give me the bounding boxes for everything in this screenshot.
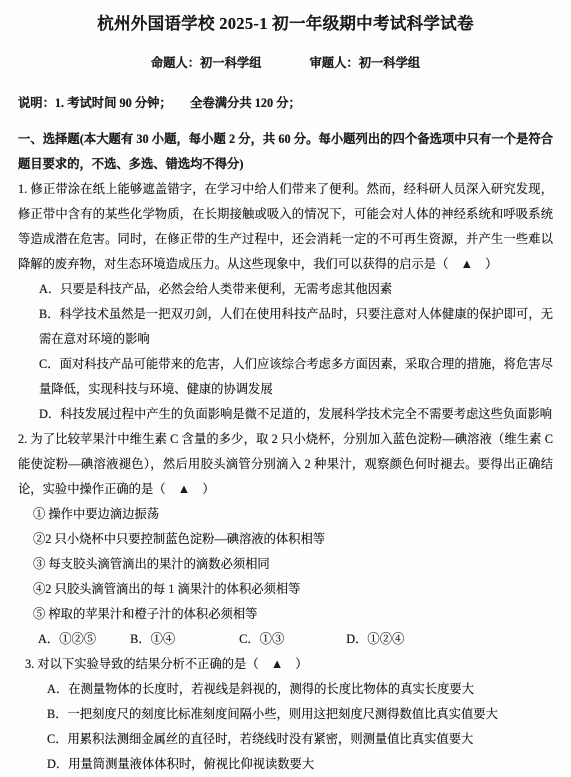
question-3-option-c: C．用累积法测细金属丝的直径时，若绕线时没有紧密，则测量值比真实值要大 xyxy=(47,727,553,752)
question-1-option-b: B．科学技术虽然是一把双刃剑，人们在使用科技产品时，只要注意对人体健康的保护即可… xyxy=(39,302,553,352)
question-3-option-d: D．用量筒测量液体体积时，俯视比仰视读数要大 xyxy=(47,752,553,777)
section-one-heading: 一、选择题(本大题有 30 小题，每小题 2 分，共 60 分。每小题列出的四个… xyxy=(18,127,553,177)
option-letter: B． xyxy=(39,307,60,321)
question-2: 2. 为了比较苹果汁中维生素 C 含量的多少，取 2 只小烧杯，分别加入蓝色淀粉… xyxy=(18,427,553,652)
option-letter: D． xyxy=(346,632,367,646)
question-2-statement-2: ②2 只小烧杯中只要控制蓝色淀粉—碘溶液的体积相等 xyxy=(33,527,553,552)
option-letter: C． xyxy=(239,632,260,646)
exam-authors-row: 命题人：初一科学组 审题人：初一科学组 xyxy=(18,51,553,76)
question-3-option-b: B．一把刻度尺的刻度比标准刻度间隔小些，则用这把刻度尺测得数值比真实值要大 xyxy=(47,702,553,727)
question-2-statement-4: ④2 只胶头滴管滴出的每 1 滴果汁的体积必须相等 xyxy=(33,577,553,602)
question-2-option-c: C．①③ xyxy=(239,627,343,652)
option-letter: D． xyxy=(39,407,60,421)
reviewer-label: 审题人：初一科学组 xyxy=(310,51,421,76)
option-text: 面对科技产品可能带来的危害，人们应该综合考虑多方面因素，采取合理的措施，将危害尽… xyxy=(39,357,553,396)
question-2-statement-1: ① 操作中要边滴边振荡 xyxy=(33,502,553,527)
option-text: 用累积法测细金属丝的直径时，若绕线时没有紧密，则测量值比真实值要大 xyxy=(68,732,474,746)
option-text: ①②⑤ xyxy=(59,632,96,646)
question-2-stem: 2. 为了比较苹果汁中维生素 C 含量的多少，取 2 只小烧杯，分别加入蓝色淀粉… xyxy=(18,427,553,502)
question-2-statement-3: ③ 每支胶头滴管滴出的果汁的滴数必须相同 xyxy=(33,552,553,577)
question-3-option-a: A．在测量物体的长度时，若视线是斜视的，测得的长度比物体的真实长度要大 xyxy=(47,677,553,702)
option-text: ①③ xyxy=(260,632,285,646)
option-letter: B． xyxy=(47,707,68,721)
question-2-option-b: B．①④ xyxy=(130,627,236,652)
question-1-option-c: C．面对科技产品可能带来的危害，人们应该综合考虑多方面因素，采取合理的措施，将危… xyxy=(39,352,553,402)
option-letter: A． xyxy=(47,682,68,696)
option-letter: D． xyxy=(47,757,68,771)
option-letter: C． xyxy=(39,357,60,371)
question-2-choices-row: A．①②⑤ B．①④ C．①③ D．①②④ xyxy=(38,627,553,652)
exam-paper-page: 杭州外国语学校 2025-1 初一年级期中考试科学试卷 命题人：初一科学组 审题… xyxy=(0,0,571,777)
option-letter: A． xyxy=(39,282,60,296)
setter-label: 命题人：初一科学组 xyxy=(151,51,262,76)
option-text: 只要是科技产品，必然会给人类带来便利，无需考虑其他因素 xyxy=(60,282,392,296)
question-1-option-a: A．只要是科技产品，必然会给人类带来便利，无需考虑其他因素 xyxy=(39,277,553,302)
option-text: 科技发展过程中产生的负面影响是微不足道的，发展科学技术完全不需要考虑这些负面影响 xyxy=(60,407,552,421)
exam-title: 杭州外国语学校 2025-1 初一年级期中考试科学试卷 xyxy=(18,12,553,36)
question-1-option-d: D．科技发展过程中产生的负面影响是微不足道的，发展科学技术完全不需要考虑这些负面… xyxy=(39,402,553,427)
option-letter: A． xyxy=(38,632,59,646)
question-2-statement-5: ⑤ 榨取的苹果汁和橙子汁的体积必须相等 xyxy=(33,602,553,627)
question-3: 3. 对以下实验导致的结果分析不正确的是（ ▲ ） A．在测量物体的长度时，若视… xyxy=(18,652,553,777)
question-1: 1. 修正带涂在纸上能够遮盖错字，在学习中给人们带来了便利。然而，经科研人员深入… xyxy=(18,177,553,427)
option-letter: C． xyxy=(47,732,68,746)
question-3-stem: 3. 对以下实验导致的结果分析不正确的是（ ▲ ） xyxy=(25,652,553,677)
option-letter: B． xyxy=(130,632,151,646)
option-text: 一把刻度尺的刻度比标准刻度间隔小些，则用这把刻度尺测得数值比真实值要大 xyxy=(68,707,498,721)
option-text: ①②④ xyxy=(367,632,404,646)
option-text: ①④ xyxy=(151,632,176,646)
option-text: 在测量物体的长度时，若视线是斜视的，测得的长度比物体的真实长度要大 xyxy=(68,682,474,696)
exam-instructions: 说明：1. 考试时间 90 分钟； 全卷满分共 120 分； xyxy=(18,91,553,116)
question-1-stem: 1. 修正带涂在纸上能够遮盖错字，在学习中给人们带来了便利。然而，经科研人员深入… xyxy=(18,177,553,277)
option-text: 科学技术虽然是一把双刃剑，人们在使用科技产品时，只要注意对人体健康的保护即可，无… xyxy=(39,307,553,346)
option-text: 用量筒测量液体体积时，俯视比仰视读数要大 xyxy=(68,757,314,771)
question-2-option-a: A．①②⑤ xyxy=(38,627,127,652)
question-2-option-d: D．①②④ xyxy=(346,627,404,652)
